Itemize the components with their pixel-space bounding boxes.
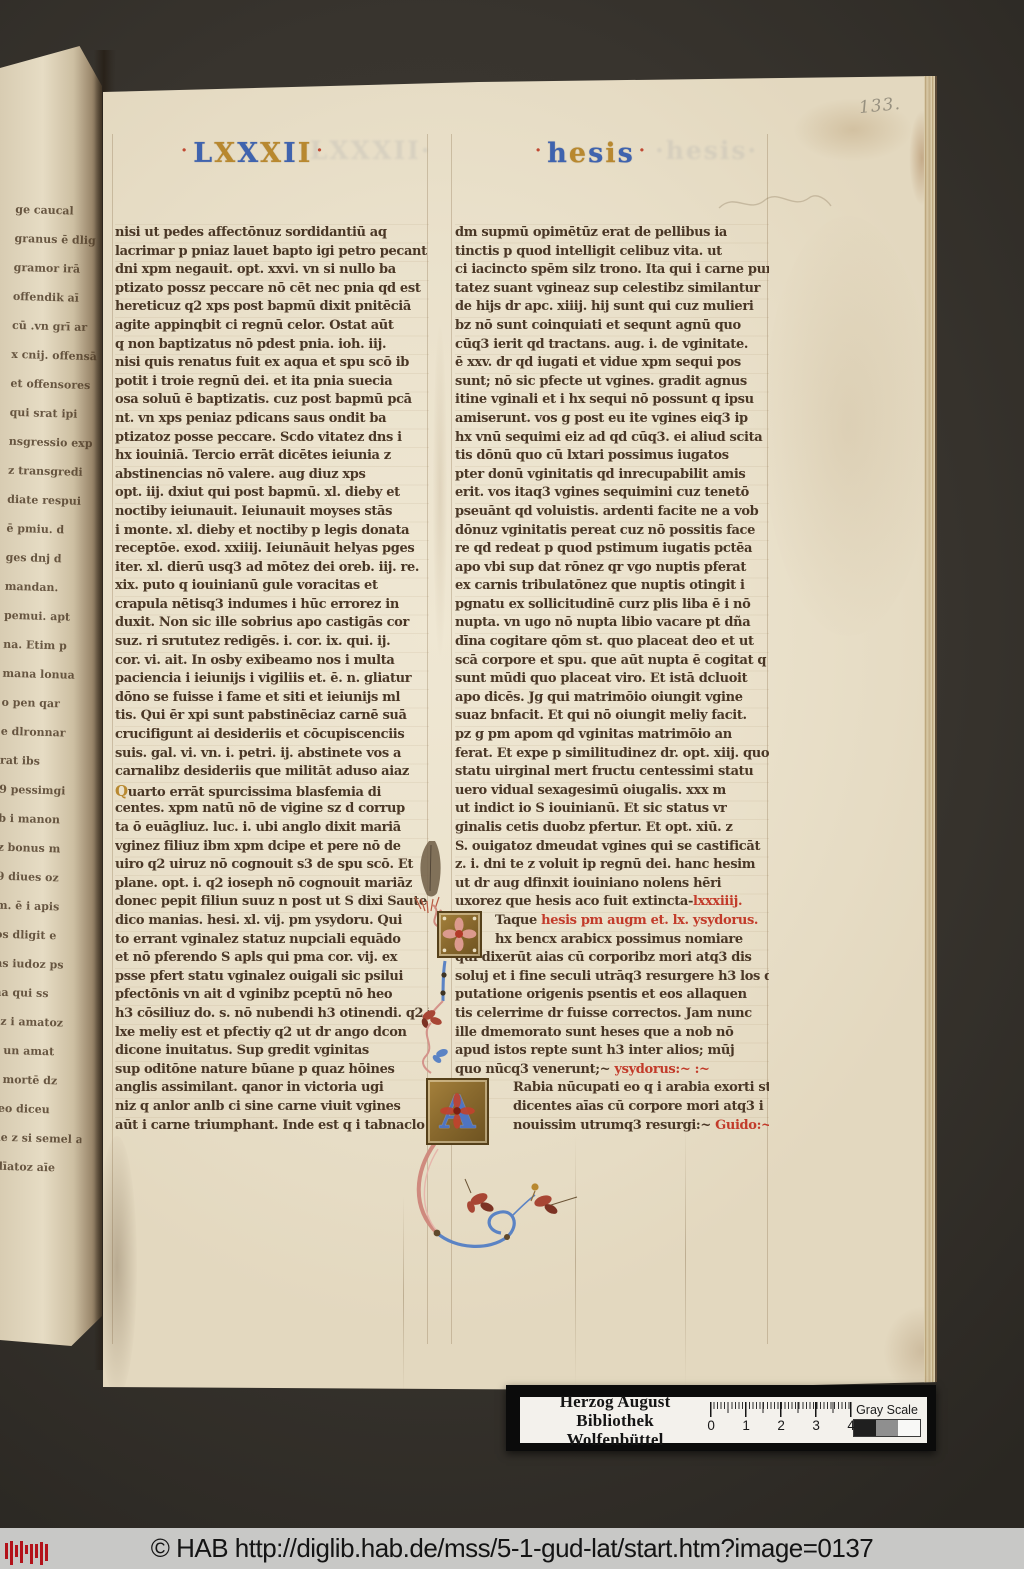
gray-patch-light (898, 1420, 920, 1436)
edge-text-fragment: o pen qar (1, 688, 94, 720)
edge-text-fragment: na. Etim p (3, 630, 96, 662)
edge-text-fragment: bz i amatoz (0, 1007, 85, 1039)
text-line: lxe meliy est et pfectiy q2 ut dr ango d… (115, 1024, 429, 1043)
edge-text-fragment: 9 un amat (0, 1036, 84, 1068)
text-line: xix. puto q iouinianū gule voracitas et (115, 577, 429, 596)
text-line: sup oditōne nature būane p quaz hōines (115, 1061, 429, 1080)
text-line: qui dixerūt aias cū corporibz mori atq3 … (455, 949, 769, 968)
text-line: bz nō sunt coinquiati et sequnt agnū quo (455, 317, 769, 336)
text-line: dicone inuitatus. Sup gredit vginitas (115, 1042, 429, 1061)
header-letter: X (237, 138, 260, 169)
text-line: dōnuz vginitatis pereat cuz nō possitis … (455, 522, 769, 541)
edge-text-fragment: et offensores (10, 369, 103, 401)
parchment-stain (883, 1306, 963, 1396)
text-line: hx iouiniā. Tercio errāt dicētes ieiunia… (115, 447, 429, 466)
fold-crease (575, 1136, 576, 1386)
ruler-number: 3 (812, 1418, 820, 1433)
edge-text-fragment: gramor irā (13, 253, 106, 285)
text-line: apo vbi sup dat rōnez qr vgo nuptis pfer… (455, 559, 769, 578)
text-line: hx vnū sequimi eiz ad qd cūq3. ei aliud … (455, 429, 769, 448)
text-line: ta ō euāgliuz. luc. i. ubi anglo dixit m… (115, 819, 429, 838)
text-line: noctiby ieiunauit. Ieiunauit moyses stās (115, 503, 429, 522)
gutter-stain (97, 1136, 137, 1396)
text-line: apo dicēs. Jg qui matrimōio oiungit vgin… (455, 689, 769, 708)
text-line: Taque hesis pm augm et. lx. ysydorus. (455, 912, 769, 931)
fold-crease (403, 1196, 404, 1396)
chapter-number-header: ·LXXXII· (177, 138, 329, 169)
library-name-line1: Herzog August Bibliothek (528, 1392, 702, 1430)
ruler-numbers: 01234 (710, 1418, 852, 1434)
text-line: receptōe. exod. xxiiij. Ieiunāuit helyas… (115, 540, 429, 559)
edge-text-fragment: rat ibs (0, 746, 92, 778)
edge-text-fragment: mana lonua (2, 659, 95, 691)
text-line: ptizato possz peccare nō cēt nec pnia qd… (115, 280, 429, 299)
text-line: uiro q2 uiruz nō cognouit s3 de spu scō.… (115, 856, 429, 875)
caption-url-text: © HAB http://diglib.hab.de/mss/5-1-gud-l… (0, 1533, 1024, 1564)
text-line: S. ouigatoz dmeudat vgines qui se castif… (455, 838, 769, 857)
edge-text-fragment: 9 pessimgi (0, 775, 92, 807)
edge-text-fragment: e dlronnar (0, 717, 93, 749)
marginal-doodle (715, 184, 835, 224)
text-line: ptizatoz posse peccare. Scdo vitatez dns… (115, 429, 429, 448)
text-column-right: dm supmū opimētūz erat de pellibus iatin… (455, 224, 769, 1135)
text-line: pter donū vginitatis qd inrecupabilit am… (455, 466, 769, 485)
text-line: erit. vos itaq3 vgines sequimini cuz ten… (455, 484, 769, 503)
text-line: ē xxv. dr qd iugati et vidue xpm sequi p… (455, 354, 769, 373)
text-column-left: nisi ut pedes affectōnuz sordidantiū aql… (115, 224, 429, 1135)
text-line: hereticuz q2 xps post bapmū dixit pnitēc… (115, 298, 429, 317)
text-line: opt. iij. dxiut qui post bapmū. xl. dieb… (115, 484, 429, 503)
edge-text-fragment: ns iudoz ps (0, 949, 87, 981)
edge-text-fragment: z līatoz aīe (0, 1152, 81, 1184)
pencil-folio-number: 133. (858, 94, 902, 118)
ruling-line (451, 134, 452, 1344)
edge-text-fragment: nsgressio exp (8, 427, 101, 459)
text-line: putatione origenis psentis et eos allaqu… (455, 986, 769, 1005)
text-line: et nō pferendo S apls qui pma cor. vij. … (115, 949, 429, 968)
caption-bar: © HAB http://diglib.hab.de/mss/5-1-gud-l… (0, 1528, 1024, 1569)
header-letter: i (605, 138, 617, 169)
text-line: nupta. vn ugo nō nupta libio vacare pt d… (455, 614, 769, 633)
text-line: vginez filiuz ibm xpm dcipe et pere nō d… (115, 838, 429, 857)
text-line: dico manias. hesi. xl. vij. pm ysydoru. … (115, 912, 429, 931)
edge-text-fragment: z transgredi (8, 456, 101, 488)
edge-text-fragment: mandan. (4, 572, 97, 604)
header-letter: s (588, 138, 605, 169)
text-line: ex carnis tribulatōnez que nuptis otingi… (455, 577, 769, 596)
text-line: cor. vi. ait. In osby exibeamo nos i mul… (115, 652, 429, 671)
show-through-patch (763, 216, 933, 636)
edge-text-fragment: cū .vn grī ar (12, 311, 105, 343)
text-line: osa soluū ē baptizatis. cuz post bapmū p… (115, 391, 429, 410)
facing-page-edge: ge caucalgranus ē dliggramor irāoffendik… (0, 46, 102, 1346)
text-line: tinctis p quod intelligit celibuz vita. … (455, 243, 769, 262)
text-line: ut dr aug dfinxit iouiniano nolens hēri (455, 875, 769, 894)
gray-scale-label: Gray Scale (856, 1403, 918, 1417)
header-letter: I (283, 138, 298, 169)
scale-strip: Herzog August Bibliothek Wolfenbüttel 01… (520, 1397, 927, 1443)
text-line: donec pepit filiun suuz n post ut S dixi… (115, 893, 429, 912)
rosette-icon (428, 1080, 487, 1143)
edge-text-fragment: offendik aī (13, 282, 106, 314)
text-line: tis. Qui ēr xpi sunt pabstinēciaz carnē … (115, 707, 429, 726)
text-line: dni xpm negauit. opt. xxvi. vn si nullo … (115, 261, 429, 280)
text-line: uero vidual sexagesimū oiugalis. xxx m (455, 782, 769, 801)
text-line: paciencia i ieiunijs i vigiliis et. ē. n… (115, 670, 429, 689)
gray-scale-patches (853, 1419, 921, 1437)
header-letter: X (214, 138, 237, 169)
manuscript-page: 133. ·LXXXII· ·hesis· ·LXXXII· ·hesis· n… (103, 76, 937, 1392)
text-line: itine vginali et i hx sequi nō possunt q… (455, 391, 769, 410)
text-line: nt. vn xps peniaz pdicans saus ondit ba (115, 410, 429, 429)
edge-text-fragment: ē pmiu. d (6, 514, 99, 546)
text-line: tatez suant vgineaz sup celestibz simila… (455, 280, 769, 299)
edge-text-fragment: na qui ss (0, 978, 86, 1010)
header-letter: X (260, 138, 283, 169)
text-line: ille dmemorato sunt heses que a nob nō (455, 1024, 769, 1043)
text-line: dicentes aīas cū corpore mori atq3 i (455, 1098, 769, 1117)
text-line: nisi quis renatus fuit ex aqua et spu sc… (115, 354, 429, 373)
text-line: statu uirginal mert fructu centessimi st… (455, 763, 769, 782)
text-line: ferat. Et expe p similitudinez dr. opt. … (455, 745, 769, 764)
manuscript-photo-viewer: ge caucalgranus ē dliggramor irāoffendik… (0, 0, 1024, 1569)
text-line: potit i troie regnū dei. et ita pnia sue… (115, 373, 429, 392)
parchment-stain (433, 326, 447, 656)
text-line: iter. xl. dierū usq3 ad mōtez dei oreb. … (115, 559, 429, 578)
text-line: tis dōnū quo cū lxtari possimus iugatos (455, 447, 769, 466)
text-line: hx bencx arabicx possimus nomiare (455, 931, 769, 950)
text-line: abstinencias nō valere. aug diuz xps (115, 466, 429, 485)
text-line: sunt; nō sic pfecte ut vgines. gradit ag… (455, 373, 769, 392)
illuminated-initial-A: A (426, 1078, 489, 1145)
text-line: crucifigunt ai desideriis et cōcupiscenc… (115, 726, 429, 745)
edge-text-fragment: qui srat ipi (9, 398, 102, 430)
header-letter: e (569, 138, 588, 169)
text-line: cūq3 ierit qd tractans. aug. i. de vgini… (455, 336, 769, 355)
text-line: uxorez que hesis aco fuit extincta-lxxxi… (455, 893, 769, 912)
text-line: duxit. Non sic ille sobrius apo castigās… (115, 614, 429, 633)
cm-ruler: 01234 (710, 1401, 845, 1439)
ruler-number: 1 (742, 1418, 750, 1433)
header-ghost-offset: ·hesis· (655, 136, 758, 165)
gray-patch-dark (854, 1420, 876, 1436)
text-line: ci iacincto spēm silz trono. Ita qui i c… (455, 261, 769, 280)
header-letter: I (298, 138, 313, 169)
ruler-number: 0 (707, 1418, 715, 1433)
text-line: nisi ut pedes affectōnuz sordidantiū aq (115, 224, 429, 243)
text-line: sunt mūdi quo placeat viro. Et istā dclu… (455, 670, 769, 689)
header-letter: L (193, 138, 214, 169)
ruler-number: 4 (847, 1418, 855, 1433)
text-line: quo nūcq3 venerunt;~ ysydorus:~ :~ (455, 1061, 769, 1080)
edge-text-fragment: peo diceu (0, 1094, 83, 1126)
text-line: Quarto errāt spurcissima blasfemia di (115, 782, 429, 801)
text-line: ut indict io S iouinianū. Et sic status … (455, 800, 769, 819)
text-line: dīna cogitare qōm st. quo placeat deo et… (455, 633, 769, 652)
edge-text-fragment: b i manon (0, 804, 91, 836)
text-line: pfectōnis vn ait d vginibz pceptū nō heo (115, 986, 429, 1005)
text-line: i monte. xl. dieby et noctiby p legis do… (115, 522, 429, 541)
text-line: dm supmū opimētūz erat de pellibus ia (455, 224, 769, 243)
edge-text-fragment: 9 diues oz (0, 862, 89, 894)
text-line: aūt i carne triumphant. Inde est q i tab… (115, 1117, 429, 1136)
edge-text-fragment: aie z si semel a (0, 1123, 82, 1155)
edge-text-fragment: m. ē i apis (0, 891, 88, 923)
text-line: psse pfert statu vginalez ouigali sic ps… (115, 968, 429, 987)
facing-page-text-fragments: ge caucalgranus ē dliggramor irāoffendik… (0, 195, 108, 1183)
text-line: plane. opt. i. q2 ioseph nō cognouit mar… (115, 875, 429, 894)
fold-crease (685, 1126, 686, 1386)
text-line: suaz bnfacit. Et qui nō oiungit meliy fa… (455, 707, 769, 726)
edge-text-fragment: 9 mortē dz (0, 1065, 83, 1097)
edge-text-fragment: z bonus m (0, 833, 90, 865)
text-line: z. i. dni te z voluit ip regnū dei. hanc… (455, 856, 769, 875)
illuminated-initial-block (437, 911, 482, 958)
library-name-line2: Wolfenbüttel (528, 1430, 702, 1449)
text-line: agite appinqbit ci regnū celor. Ostat aū… (115, 317, 429, 336)
text-line: tis celerrime dr fuisse correctos. Jam n… (455, 1005, 769, 1024)
running-title-header: ·hesis· (531, 138, 651, 169)
text-line: h3 cōsiliuz do. s. nō nubendi h3 otinend… (115, 1005, 429, 1024)
header-letter: s (618, 138, 635, 169)
text-line: crapula nētisq3 indumes i hūc errorez in (115, 596, 429, 615)
text-line: centes. xpm natū nō de vigine sz d corru… (115, 800, 429, 819)
header-letter: h (547, 138, 569, 169)
text-line: carnalibz desideriis que militāt aduso a… (115, 763, 429, 782)
ruling-line (112, 134, 113, 1344)
scale-card: Herzog August Bibliothek Wolfenbüttel 01… (506, 1385, 936, 1451)
edge-text-fragment: pemui. apt (4, 601, 97, 633)
edge-text-fragment: os dligit e (0, 920, 88, 952)
ruler-ticks (710, 1402, 852, 1417)
text-line: suis. gal. vi. vn. i. petri. ij. abstine… (115, 745, 429, 764)
text-line: q non baptizatus nō pdest pnia. ioh. iij… (115, 336, 429, 355)
text-line: apud istos repte sunt h3 inter alios; mū… (455, 1042, 769, 1061)
text-line: nouissim utrumq3 resurgi:~ Guido:~ (455, 1117, 769, 1136)
text-line: scā corpore et spu. que aūt nupta ē cogi… (455, 652, 769, 671)
text-line: pgnatu ex sollicitudinē curz plis liba ē… (455, 596, 769, 615)
text-line: de hijs dr apc. xiiij. hij sunt qui cuz … (455, 298, 769, 317)
page-edge-stack (924, 76, 937, 1392)
gray-patch-mid (876, 1420, 898, 1436)
text-line: pseuānt qd voluistis. ardenti facite ne … (455, 503, 769, 522)
gray-scale-target: Gray Scale (853, 1403, 921, 1437)
rosette-icon (439, 913, 480, 956)
edge-text-fragment: x cnij. offensā (11, 340, 104, 372)
text-line: pz g pm apom qd vginitas matrimōio an (455, 726, 769, 745)
text-line: anglis assimilant. qanor in victoria ugi (115, 1079, 429, 1098)
text-line: niz q anlor anlb ci sine carne viuit vgi… (115, 1098, 429, 1117)
text-line: amiserunt. vos g post eu ite vgines eiq3… (455, 410, 769, 429)
text-line: lacrimar p pniaz lauet bapto igi petro p… (115, 243, 429, 262)
text-line: soluj et i fine seculi utrāq3 resurgere … (455, 968, 769, 987)
text-line: ginalis cetis duobz pfertur. Et opt. xiū… (455, 819, 769, 838)
edge-text-fragment: diate respui (7, 485, 100, 517)
text-line: re qd redeat p quod pstimum iugatis pctē… (455, 540, 769, 559)
edge-text-fragment: ges dnj d (5, 543, 98, 575)
text-line: dōno se fuisse i fame et siti et ieiunij… (115, 689, 429, 708)
library-name: Herzog August Bibliothek Wolfenbüttel (528, 1392, 702, 1449)
ruler-number: 2 (777, 1418, 785, 1433)
text-line: Rabia nūcupati eo q i arabia exorti st (455, 1079, 769, 1098)
text-line: to errant vginalez statuz nupciali equād… (115, 931, 429, 950)
text-line: suz. ri srututez redigēs. i. cor. ix. qu… (115, 633, 429, 652)
